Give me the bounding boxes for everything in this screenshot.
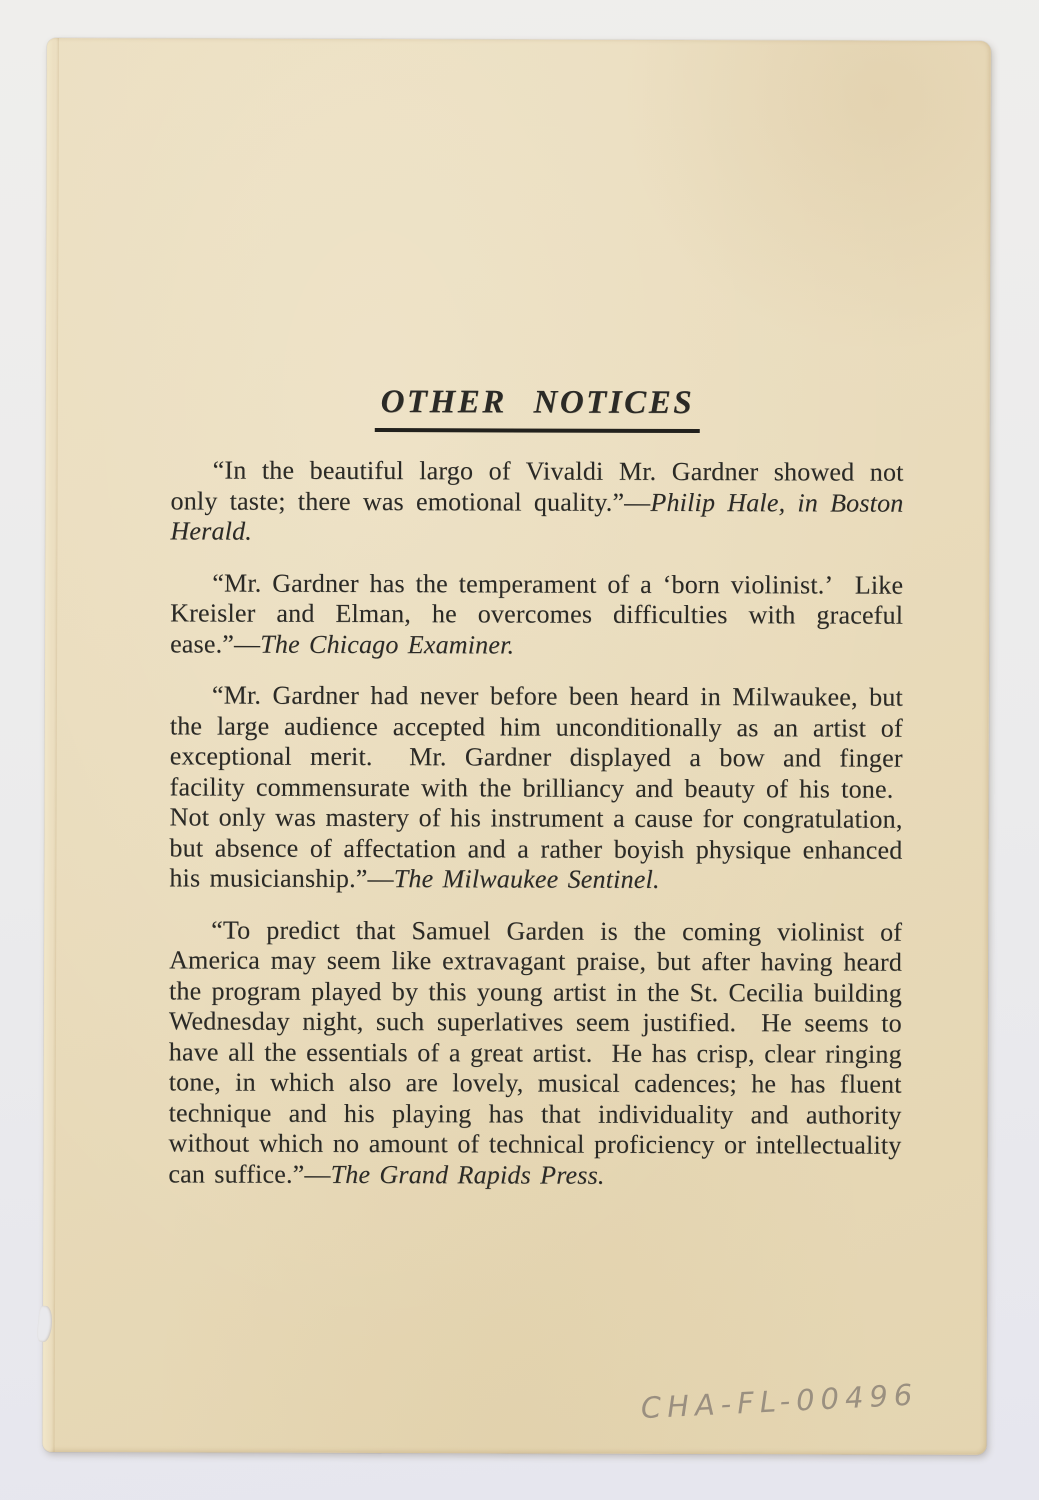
notice-paragraph: “To predict that Samuel Garden is the co… (168, 915, 902, 1192)
scanned-page: OTHER NOTICES “In the beautiful largo of… (43, 38, 991, 1455)
scan-background: OTHER NOTICES “In the beautiful largo of… (0, 0, 1039, 1500)
notice-paragraph: “Mr. Gardner had never before been heard… (169, 680, 903, 896)
notice-quote-text: “Mr. Gardner had never before been heard… (169, 681, 903, 894)
notice-quote-text: “To predict that Samuel Garden is the co… (168, 915, 902, 1188)
notice-paragraph: “In the beautiful largo of Vivaldi Mr. G… (170, 455, 903, 549)
notice-attribution: The Grand Rapids Press. (331, 1159, 605, 1189)
notice-paragraph: “Mr. Gardner has the temperament of a ‘b… (170, 568, 903, 662)
notice-attribution: The Milwaukee Sentinel. (394, 864, 660, 894)
catalog-mark: CHA-FL-00496 (640, 1377, 919, 1425)
page-fold-edge (43, 38, 59, 1452)
text-column: OTHER NOTICES “In the beautiful largo of… (168, 383, 904, 1212)
notice-attribution: The Chicago Examiner. (260, 629, 514, 659)
page-title: OTHER NOTICES (375, 384, 701, 433)
